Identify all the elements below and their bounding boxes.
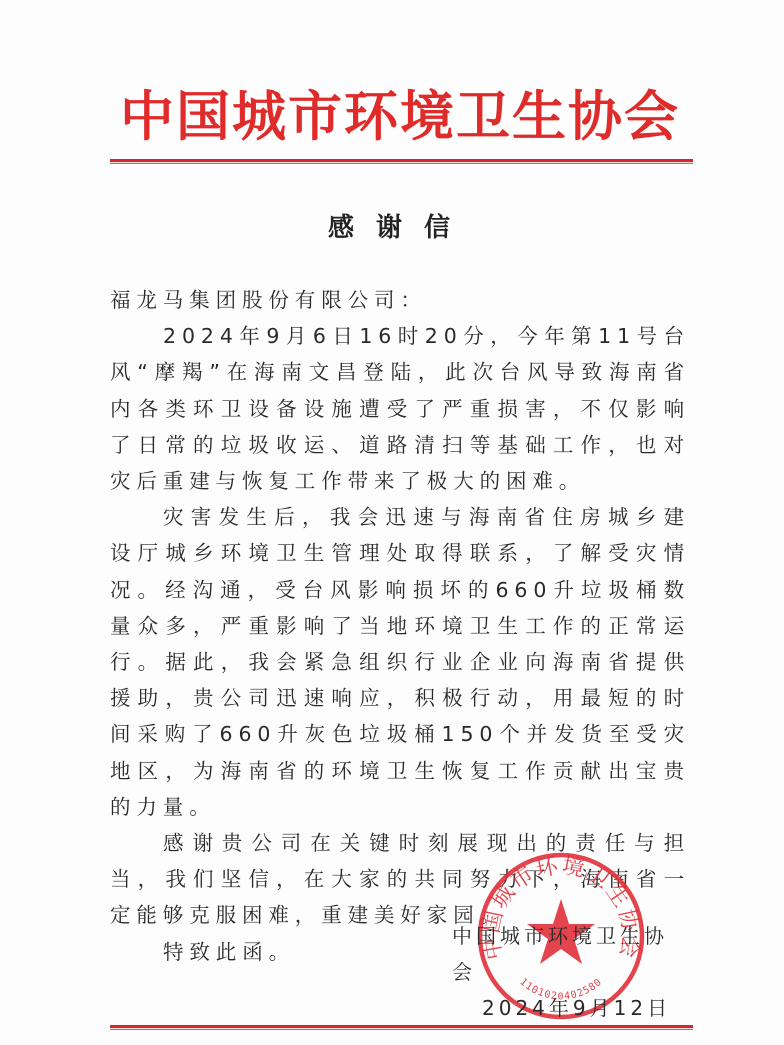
signature-block: 中国城市环境卫生协会 2024年9月12日	[452, 918, 682, 1026]
footer-divider	[110, 1025, 693, 1030]
salutation: 福龙马集团股份有限公司：	[110, 282, 690, 318]
paragraph-1: 2024年9月6日16时20分，今年第11号台风“摩羯”在海南文昌登陆，此次台风…	[110, 318, 690, 499]
paragraph-2: 灾害发生后，我会迅速与海南省住房城乡建设厅城乡环境卫生管理处取得联系，了解受灾情…	[110, 499, 690, 825]
signature-date: 2024年9月12日	[452, 990, 682, 1026]
letter-page: 中国城市环境卫生协会 感谢信 福龙马集团股份有限公司： 2024年9月6日16时…	[0, 0, 784, 1045]
letterhead-title: 中国城市环境卫生协会	[110, 84, 690, 148]
signature-organization: 中国城市环境卫生协会	[452, 918, 682, 990]
letterhead-divider	[110, 159, 693, 164]
letter-title: 感谢信	[110, 210, 690, 246]
